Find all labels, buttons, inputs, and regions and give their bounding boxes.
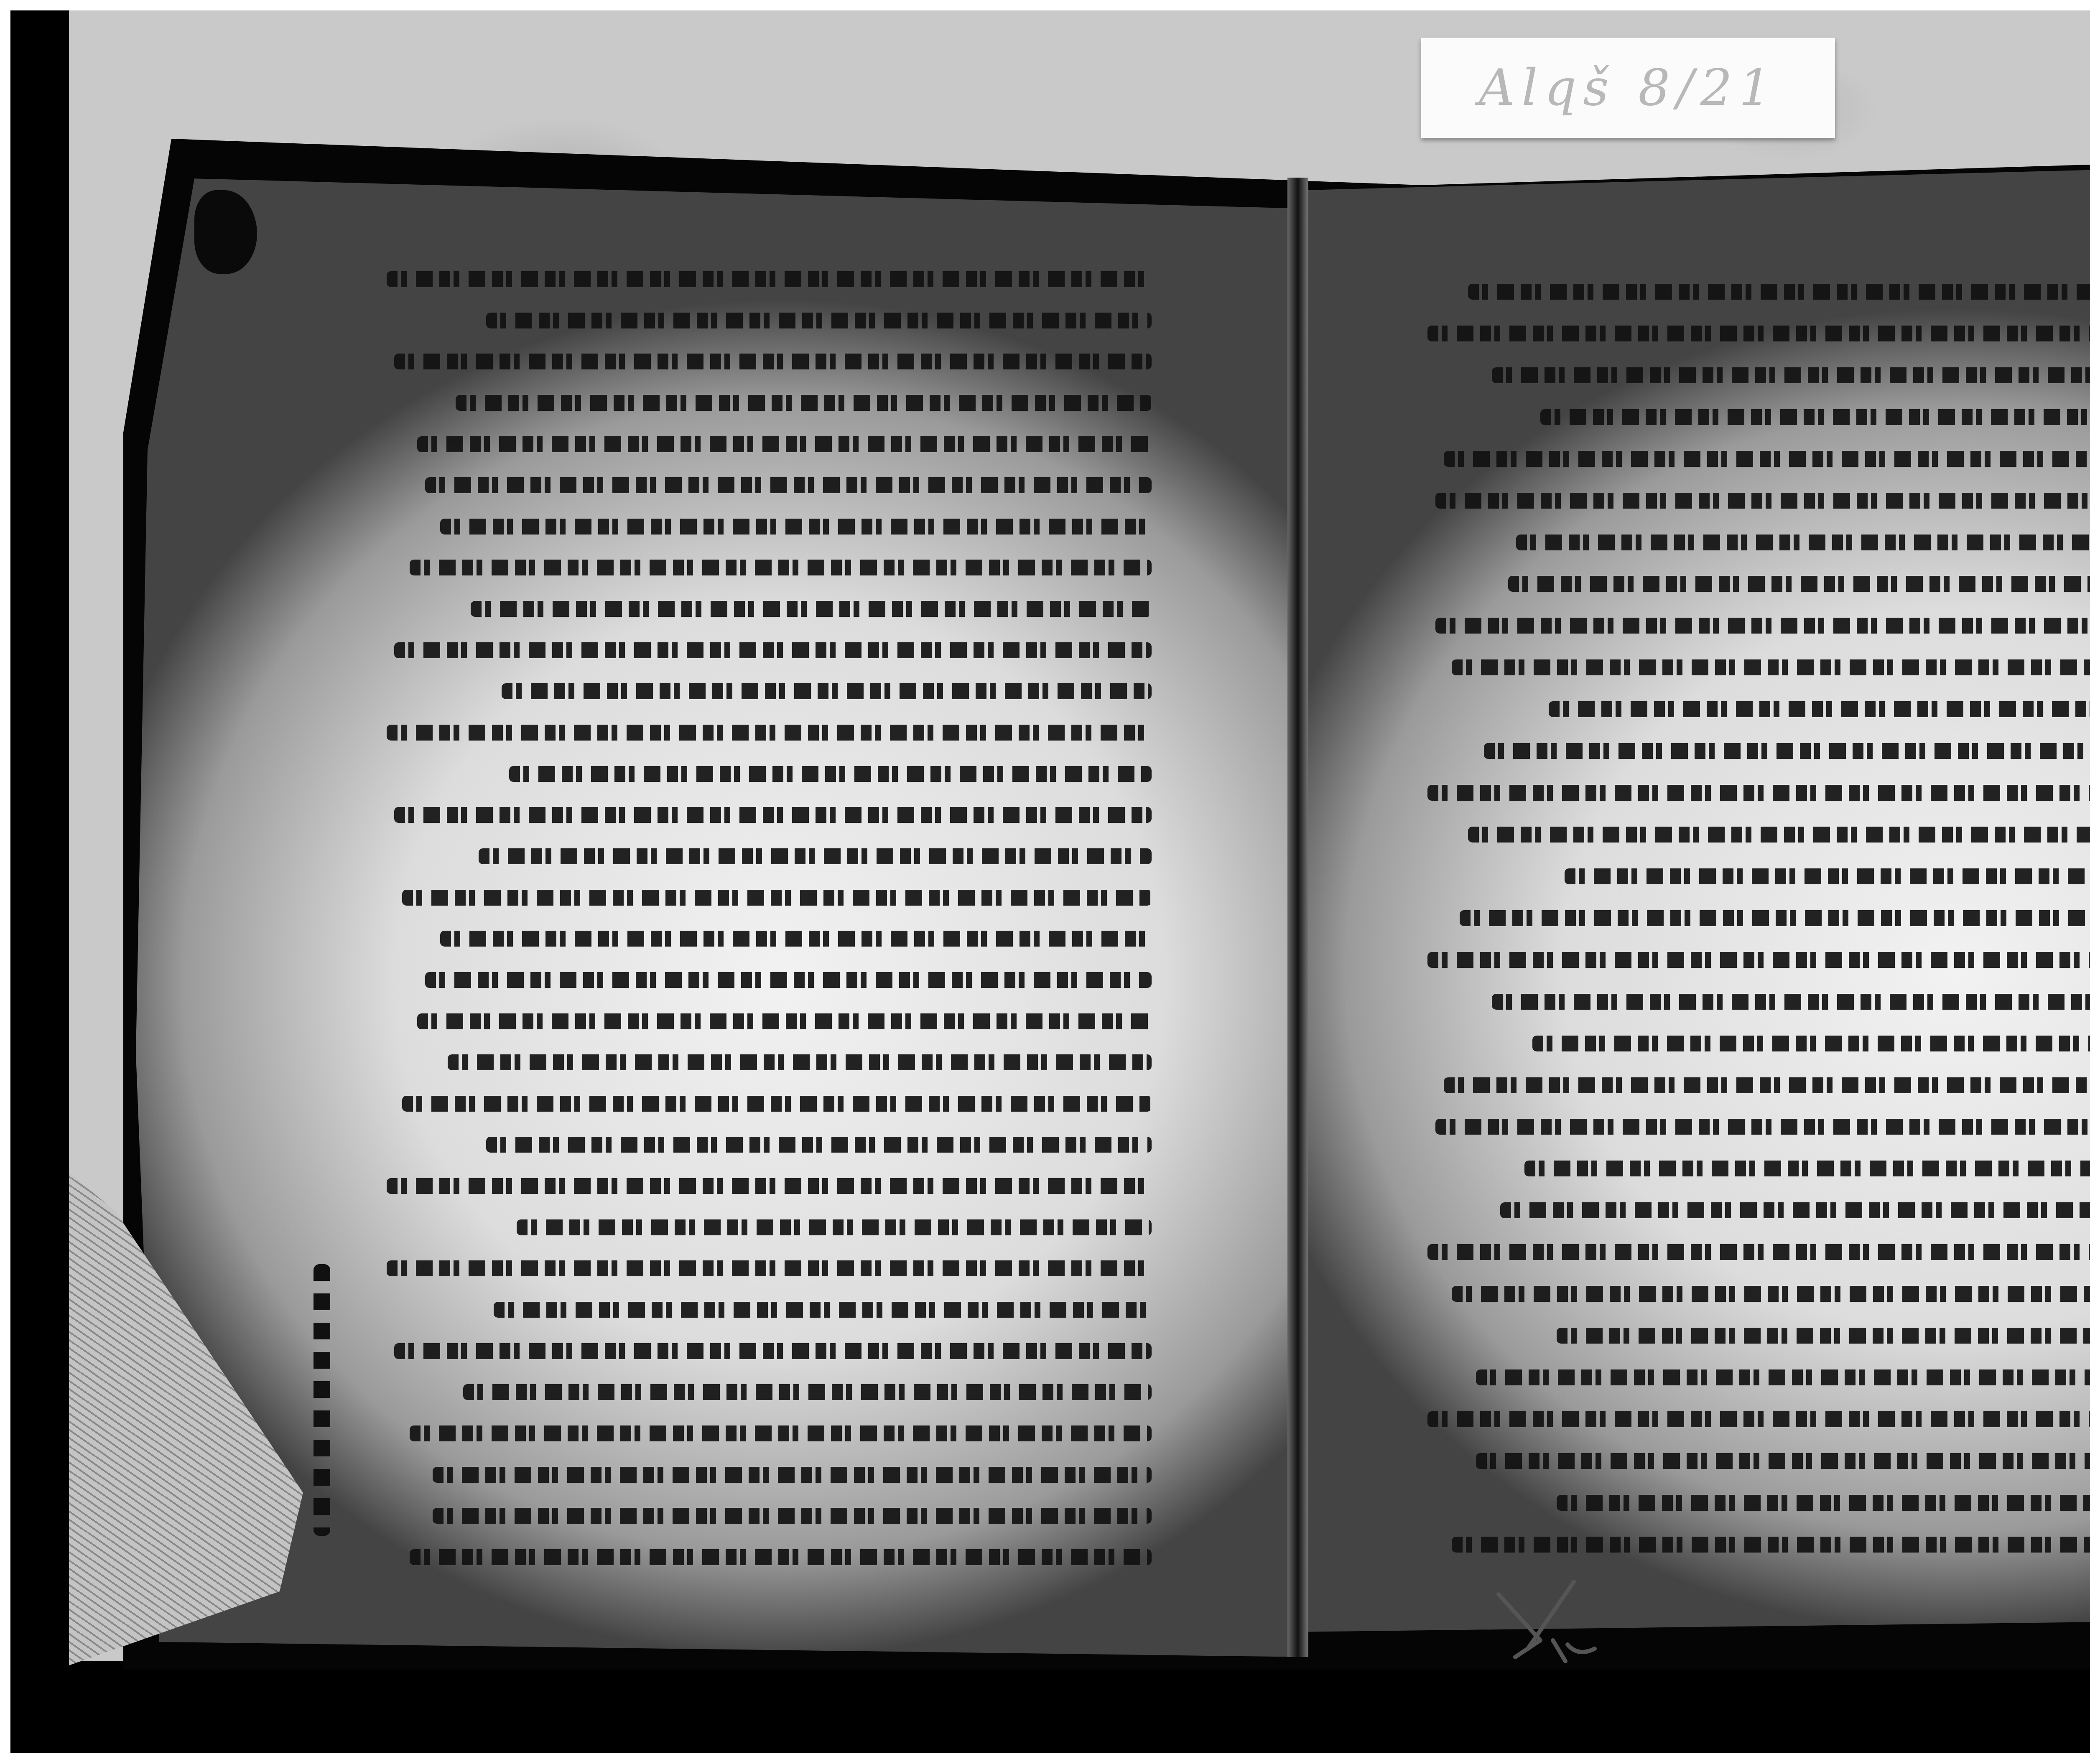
ink-text — [1435, 618, 2090, 634]
ink-text — [387, 1260, 1152, 1276]
manuscript-line — [1427, 612, 2090, 638]
ink-text — [517, 1219, 1152, 1235]
ink-text — [1468, 827, 2090, 843]
ink-text — [387, 271, 1152, 287]
ink-text — [1452, 1286, 2090, 1302]
manuscript-line — [1427, 988, 2090, 1014]
ink-text — [1524, 1161, 2090, 1176]
manuscript-line — [1427, 779, 2090, 805]
ink-text — [479, 848, 1152, 864]
ink-text — [433, 1467, 1152, 1483]
ink-text — [1435, 1119, 2090, 1135]
shelfmark-label: Alqš 8/21 — [1478, 59, 1777, 117]
manuscript-line — [1427, 1322, 2090, 1348]
ink-text — [425, 972, 1152, 988]
manuscript-line — [1427, 1531, 2090, 1557]
manuscript-line — [387, 1255, 1152, 1280]
ink-text — [425, 477, 1152, 493]
manuscript-line — [387, 595, 1152, 621]
ink-text — [387, 1178, 1152, 1194]
manuscript-line — [387, 1090, 1152, 1116]
manuscript-line — [1427, 361, 2090, 387]
manuscript-line — [1427, 320, 2090, 346]
manuscript-line — [387, 1337, 1152, 1363]
ink-text — [1476, 1453, 2090, 1469]
ink-text — [1435, 493, 2090, 509]
manuscript-line — [387, 719, 1152, 745]
ink-text — [509, 766, 1152, 782]
manuscript-line — [387, 307, 1152, 333]
left-page-text-block — [387, 265, 1152, 1569]
manuscript-line — [387, 677, 1152, 703]
manuscript-line — [387, 966, 1152, 992]
ink-text — [394, 354, 1152, 369]
left-marginal-annotation — [313, 1264, 330, 1536]
manuscript-line — [387, 1461, 1152, 1487]
ink-text — [1427, 1411, 2090, 1427]
manuscript-line — [387, 884, 1152, 910]
ink-text — [1549, 701, 2090, 717]
ink-text — [1427, 785, 2090, 801]
manuscript-line — [1427, 487, 2090, 513]
manuscript-line — [1427, 1280, 2090, 1306]
manuscript-line — [1427, 1155, 2090, 1181]
ink-text — [1565, 868, 2090, 884]
ink-text — [502, 683, 1152, 699]
ink-text — [1460, 910, 2090, 926]
manuscript-line — [1427, 1030, 2090, 1056]
ink-text — [1476, 1369, 2090, 1385]
manuscript-line — [1427, 1196, 2090, 1222]
manuscript-photo: Alqš 8/21 — [10, 10, 2090, 1753]
ink-text — [1492, 994, 2090, 1010]
manuscript-line — [1427, 445, 2090, 471]
manuscript-line — [387, 843, 1152, 868]
ink-text — [1484, 743, 2090, 759]
manuscript-line — [387, 1008, 1152, 1033]
manuscript-line — [387, 1049, 1152, 1074]
manuscript-line — [387, 348, 1152, 374]
manuscript-line — [1427, 821, 2090, 847]
ink-text — [440, 931, 1152, 947]
manuscript-line — [387, 265, 1152, 291]
ink-text — [394, 1343, 1152, 1359]
manuscript-line — [1427, 403, 2090, 429]
manuscript-line — [387, 471, 1152, 497]
manuscript-line — [387, 513, 1152, 539]
manuscript-line — [387, 1131, 1152, 1157]
manuscript-line — [1427, 1447, 2090, 1473]
ink-text — [1500, 1202, 2090, 1218]
ink-text — [402, 1096, 1152, 1112]
manuscript-line — [387, 925, 1152, 951]
ink-text — [1427, 326, 2090, 341]
ink-text — [1452, 659, 2090, 675]
ink-text — [1444, 1077, 2090, 1093]
ink-text — [1508, 576, 2090, 592]
manuscript-line — [1427, 863, 2090, 888]
manuscript-line — [387, 1420, 1152, 1446]
manuscript-line — [387, 1543, 1152, 1569]
ink-text — [486, 1137, 1152, 1153]
manuscript-line — [387, 1502, 1152, 1528]
book-gutter — [1287, 178, 1308, 1657]
ink-text — [1540, 409, 2090, 425]
manuscript-line — [387, 801, 1152, 827]
manuscript-line — [1427, 904, 2090, 930]
ink-text — [463, 1384, 1152, 1400]
manuscript-line — [1427, 1072, 2090, 1097]
quire-signature-icon — [1490, 1578, 1599, 1674]
manuscript-line — [1427, 1364, 2090, 1390]
right-page-text-block — [1427, 278, 2090, 1557]
ink-text — [471, 601, 1152, 617]
manuscript-line — [387, 1378, 1152, 1404]
ink-text — [456, 395, 1152, 411]
ink-text — [394, 807, 1152, 823]
ink-text — [1452, 1537, 2090, 1553]
manuscript-line — [1427, 946, 2090, 972]
manuscript-line — [1427, 737, 2090, 763]
manuscript-line — [1427, 529, 2090, 555]
ink-text — [440, 519, 1152, 535]
ink-text — [1444, 451, 2090, 467]
ink-text — [410, 1425, 1152, 1441]
manuscript-line — [1427, 654, 2090, 680]
manuscript-line — [1427, 1238, 2090, 1264]
manuscript-line — [1427, 570, 2090, 596]
ink-text — [410, 1549, 1152, 1565]
shelfmark-label-card: Alqš 8/21 — [1421, 38, 1835, 138]
ink-text — [387, 725, 1152, 741]
manuscript-line — [387, 1296, 1152, 1322]
manuscript-line — [387, 1214, 1152, 1240]
manuscript-line — [387, 760, 1152, 786]
ink-text — [1532, 1036, 2090, 1051]
manuscript-line — [387, 554, 1152, 580]
ink-text — [417, 436, 1152, 452]
manuscript-line — [387, 636, 1152, 662]
ink-text — [1516, 535, 2090, 550]
ink-text — [1557, 1495, 2090, 1511]
ink-text — [394, 642, 1152, 658]
ink-text — [433, 1508, 1152, 1524]
manuscript-line — [387, 389, 1152, 415]
ink-text — [1427, 952, 2090, 968]
ink-text — [1468, 284, 2090, 300]
manuscript-line — [387, 430, 1152, 456]
ink-text — [402, 890, 1152, 906]
manuscript-line — [1427, 278, 2090, 304]
ink-text — [494, 1302, 1152, 1318]
ink-text — [1427, 1244, 2090, 1260]
manuscript-line — [1427, 1113, 2090, 1139]
ink-text — [448, 1054, 1152, 1070]
manuscript-line — [1427, 695, 2090, 721]
ink-text — [417, 1013, 1152, 1029]
manuscript-line — [387, 1172, 1152, 1198]
ink-text — [486, 313, 1152, 328]
manuscript-line — [1427, 1405, 2090, 1431]
ink-text — [410, 560, 1152, 575]
ink-text — [1557, 1328, 2090, 1344]
manuscript-line — [1427, 1489, 2090, 1515]
ink-text — [1492, 367, 2090, 383]
